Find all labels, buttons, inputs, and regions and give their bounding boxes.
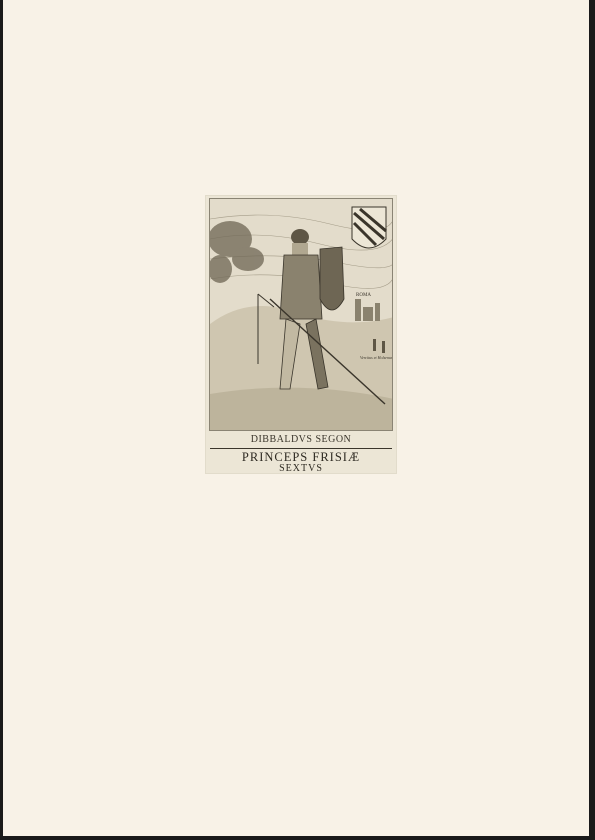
warrior-engraving-illustration: ROMA (210, 199, 393, 431)
caption-name: DIBBALDVS SEGON (206, 434, 396, 445)
engraving-image: ROMA (209, 198, 393, 431)
small-inscription: Vercitus et Holsenus (360, 355, 393, 360)
engraving-plate: ROMA (206, 196, 396, 473)
caption-divider (210, 448, 392, 449)
caption-ordinal: SEXTVS (206, 463, 396, 473)
city-inscription: ROMA (356, 293, 371, 298)
coat-of-arms-shield (352, 207, 386, 248)
mount-board: ROMA (3, 0, 589, 836)
